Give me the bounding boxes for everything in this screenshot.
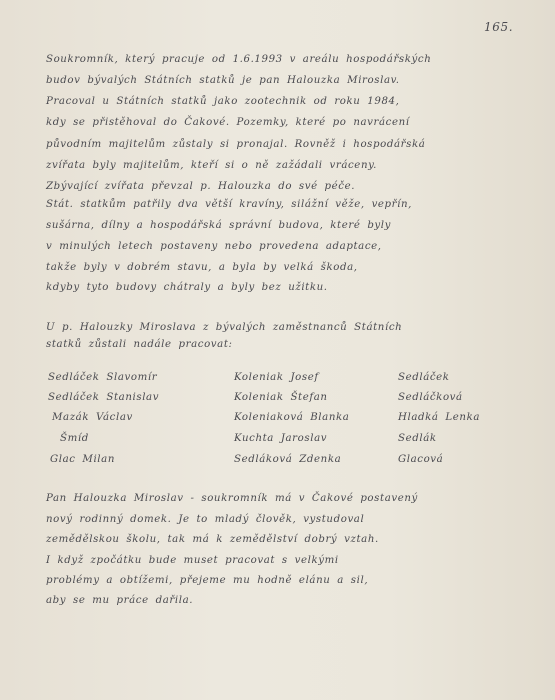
text-line: kdyby tyto budovy chátraly a byly bez už…: [46, 282, 328, 293]
employee-name: Glacová: [398, 454, 443, 465]
text-line: Soukromník, který pracuje od 1.6.1993 v …: [46, 54, 431, 65]
text-line: kdy se přistěhoval do Čakové. Pozemky, k…: [46, 117, 410, 128]
text-line: zemědělskou školu, tak má k zemědělství …: [46, 534, 379, 545]
text-line: sušárna, dílny a hospodářská správní bud…: [46, 220, 391, 231]
text-line: v minulých letech postaveny nebo provede…: [46, 241, 382, 252]
employee-name: Sedláčková: [398, 392, 463, 403]
employee-name: Kuchta Jaroslav: [234, 433, 327, 444]
employee-name: Sedlák: [398, 433, 437, 444]
text-line: původním majitelům zůstaly si pronajal. …: [46, 139, 425, 150]
employee-name: Sedláček Slavomír: [48, 372, 157, 383]
employee-name: Koleniaková Blanka: [234, 412, 349, 423]
employee-name: Sedláková Zdenka: [234, 454, 341, 465]
employee-row: Sedláček Slavomír Koleniak Josef Sedláče…: [0, 372, 555, 390]
employee-name: Mazák Václav: [52, 412, 133, 423]
text-line: I když zpočátku bude muset pracovat s ve…: [46, 555, 339, 566]
employee-name: Sedláček Stanislav: [48, 392, 159, 403]
employee-name: Hladká Lenka: [398, 412, 480, 423]
employee-name: Koleniak Štefan: [234, 392, 328, 403]
employee-name: Koleniak Josef: [234, 372, 319, 383]
text-line: budov bývalých Státních statků je pan Ha…: [46, 75, 400, 86]
employee-name: Sedláček: [398, 372, 450, 383]
employee-name: Šmíd: [60, 433, 89, 444]
text-line: Stát. statkům patřily dva větší kravíny,…: [46, 199, 412, 210]
text-line: aby se mu práce dařila.: [46, 595, 193, 606]
text-line: Pracoval u Státních statků jako zootechn…: [46, 96, 399, 107]
employee-name: Glac Milan: [50, 454, 115, 465]
text-line: statků zůstali nadále pracovat:: [46, 339, 233, 350]
text-line: U p. Halouzky Miroslava z bývalých zaměs…: [46, 322, 402, 333]
text-line: takže byly v dobrém stavu, a byla by vel…: [46, 262, 358, 273]
employee-row: Glac Milan Sedláková Zdenka Glacová: [0, 454, 555, 472]
text-line: nový rodinný domek. Je to mladý člověk, …: [46, 514, 364, 525]
employee-row: Mazák Václav Koleniaková Blanka Hladká L…: [0, 412, 555, 430]
employee-row: Sedláček Stanislav Koleniak Štefan Sedlá…: [0, 392, 555, 410]
handwritten-chronicle-page: 165. Soukromník, který pracuje od 1.6.19…: [0, 0, 555, 700]
text-line: problémy a obtížemi, přejeme mu hodně el…: [46, 575, 368, 586]
page-number: 165.: [484, 20, 513, 34]
text-line: Pan Halouzka Miroslav - soukromník má v …: [46, 493, 418, 504]
text-line: Zbývající zvířata převzal p. Halouzka do…: [46, 181, 355, 192]
text-line: zvířata byly majitelům, kteří si o ně za…: [46, 160, 377, 171]
employee-row: Šmíd Kuchta Jaroslav Sedlák: [0, 433, 555, 451]
